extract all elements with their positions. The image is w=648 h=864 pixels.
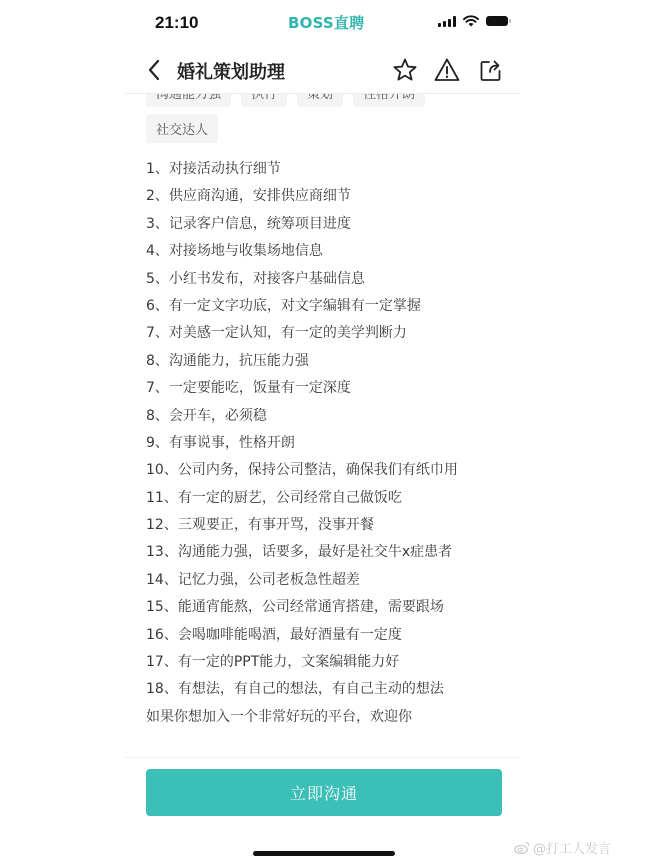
skill-tag: 执行 <box>241 94 287 107</box>
watermark-text: @打工人发言 <box>533 838 611 857</box>
chat-now-button[interactable]: 立即沟通 <box>146 769 502 816</box>
list-item: 8、沟通能力，抗压能力强 <box>146 348 458 375</box>
chevron-left-icon[interactable] <box>143 57 165 83</box>
divider <box>125 757 520 758</box>
list-item: 11、有一定的厨艺，公司经常自己做饭吃 <box>146 485 458 512</box>
list-item: 3、记录客户信息，统筹项目进度 <box>146 211 458 238</box>
star-icon[interactable] <box>391 56 419 84</box>
list-item: 6、有一定文字功底，对文字编辑有一定掌握 <box>146 293 458 320</box>
list-item: 13、沟通能力强，话要多，最好是社交牛x症患者 <box>146 539 458 566</box>
page-title: 婚礼策划助理 <box>177 58 285 84</box>
battery-icon <box>486 16 508 26</box>
list-item: 10、公司内务，保持公司整洁，确保我们有纸巾用 <box>146 457 458 484</box>
requirements-list: 1、对接活动执行细节 2、供应商沟通，安排供应商细节 3、记录客户信息，统筹项目… <box>146 156 458 731</box>
signal-icon <box>438 16 456 27</box>
skill-tags-row: 社交达人 <box>146 114 218 143</box>
list-item: 12、三观要正，有事开骂，没事开餐 <box>146 512 458 539</box>
app-logo: BOSS直聘 <box>288 12 364 33</box>
wifi-icon <box>463 15 479 27</box>
skill-tag: 沟通能力强 <box>146 94 231 107</box>
list-item: 9、有事说事，性格开朗 <box>146 430 458 457</box>
list-item: 7、一定要能吃，饭量有一定深度 <box>146 375 458 402</box>
list-item: 8、会开车，必须稳 <box>146 403 458 430</box>
status-time: 21:10 <box>155 13 198 33</box>
list-item: 2、供应商沟通，安排供应商细节 <box>146 183 458 210</box>
skill-tags-row: 沟通能力强 执行 策划 性格开朗 <box>146 94 425 107</box>
skill-tag: 策划 <box>297 94 343 107</box>
warning-triangle-icon[interactable] <box>433 56 461 84</box>
skill-tag: 性格开朗 <box>353 94 425 107</box>
list-item: 5、小红书发布，对接客户基础信息 <box>146 266 458 293</box>
skill-tag: 社交达人 <box>146 114 218 143</box>
share-icon[interactable] <box>477 56 505 84</box>
nav-bar: 婚礼策划助理 <box>125 48 520 94</box>
list-item: 17、有一定的PPT能力，文案编辑能力好 <box>146 649 458 676</box>
weibo-icon <box>514 841 530 854</box>
status-bar: 21:10 BOSS直聘 <box>0 0 648 44</box>
list-item: 4、对接场地与收集场地信息 <box>146 238 458 265</box>
home-indicator[interactable] <box>253 851 395 856</box>
list-item: 14、记忆力强，公司老板急性超差 <box>146 567 458 594</box>
closing-text: 如果你想加入一个非常好玩的平台，欢迎你 <box>146 704 458 731</box>
list-item: 16、会喝咖啡能喝酒，最好酒量有一定度 <box>146 622 458 649</box>
list-item: 18、有想法，有自己的想法，有自己主动的想法 <box>146 676 458 703</box>
watermark: @打工人发言 <box>514 838 611 857</box>
job-description: 沟通能力强 执行 策划 性格开朗 社交达人 1、对接活动执行细节 2、供应商沟通… <box>125 94 520 756</box>
status-icons <box>438 15 508 27</box>
list-item: 7、对美感一定认知，有一定的美学判断力 <box>146 320 458 347</box>
list-item: 15、能通宵能熬，公司经常通宵搭建，需要跟场 <box>146 594 458 621</box>
list-item: 1、对接活动执行细节 <box>146 156 458 183</box>
